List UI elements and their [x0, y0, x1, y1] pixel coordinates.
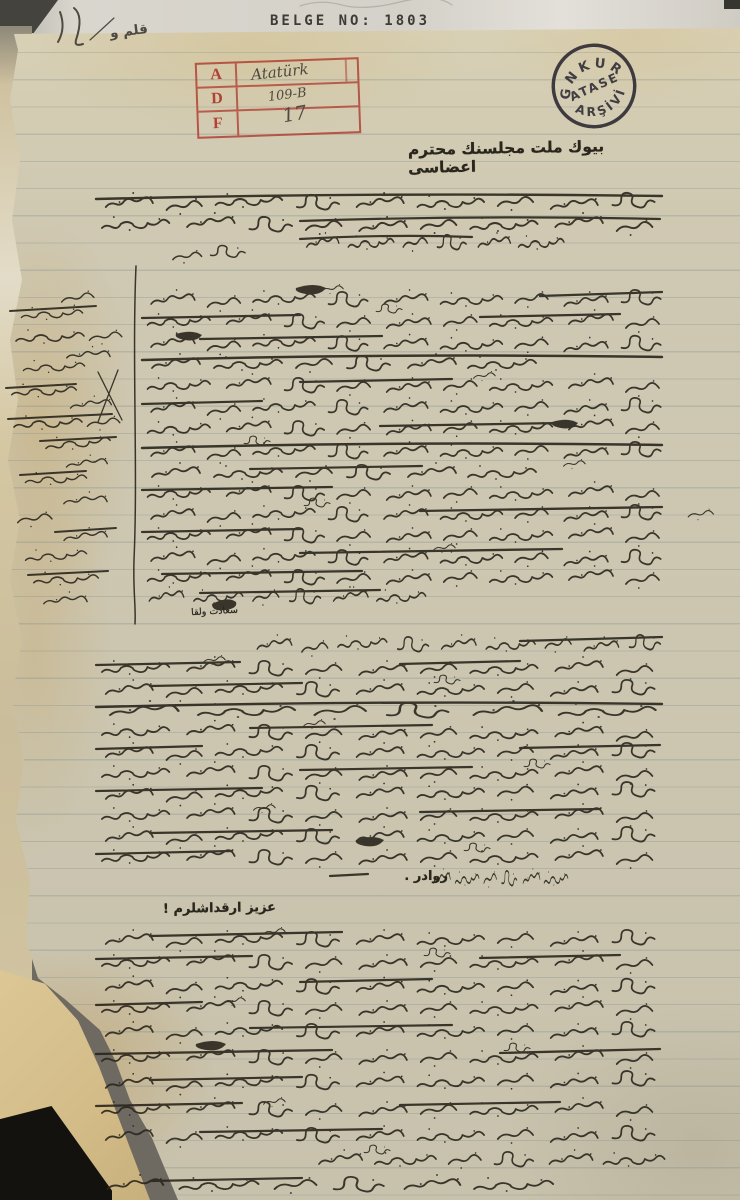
- manuscript-sheet: [0, 26, 740, 1200]
- backing-notch: [724, 0, 740, 9]
- stamp-value-a: Atatürk: [237, 59, 358, 85]
- stamp-letter-f: F: [198, 111, 239, 136]
- document-number-label: BELGE NO: 1803: [270, 13, 430, 29]
- salutation-line: عزيز ارقداشلرم !: [156, 900, 276, 917]
- closing-fragment: روادر .: [378, 869, 448, 884]
- stamp-letter-a: A: [197, 63, 238, 86]
- handwritten-entry: 17: [281, 101, 309, 127]
- stamp-letter-d: D: [198, 87, 239, 110]
- stamp-value-f: 17: [238, 107, 359, 135]
- classification-stamp-grid: A Atatürk D 109-B F 17: [195, 57, 362, 139]
- archival-document-scan: BELGE NO: 1803 قلم و: [0, 0, 740, 1200]
- stamp-row-f: F 17: [198, 107, 359, 137]
- ruled-lines: [0, 26, 740, 1200]
- handwritten-entry: Atatürk: [250, 60, 309, 84]
- stamp-inner-divider: [345, 60, 348, 82]
- classification-stamp: A Atatürk D 109-B F 17: [195, 57, 362, 139]
